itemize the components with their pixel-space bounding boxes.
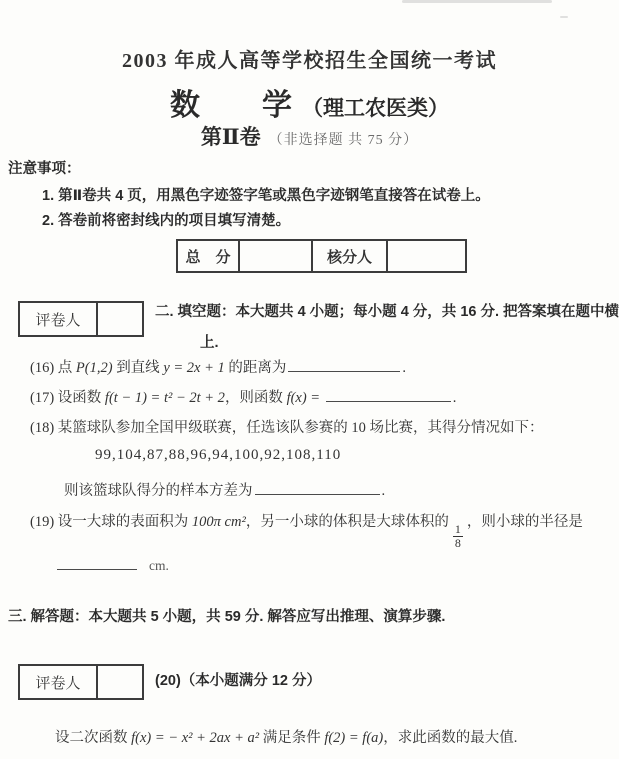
notice-label: 注意事项： bbox=[8, 157, 81, 178]
q16-text: 到直线 bbox=[113, 360, 164, 376]
subject-char-2: 学 bbox=[262, 89, 292, 122]
q17-text: ，则函数 bbox=[225, 390, 287, 406]
question-16: (16) 点 P(1,2) 到直线 y = 2x + 1 的距离为. bbox=[30, 356, 406, 377]
q19-text: (19) 设一大球的表面积为 bbox=[30, 514, 192, 530]
q19-fraction-numerator: 1 bbox=[455, 523, 461, 536]
q16-answer-blank bbox=[288, 358, 400, 372]
grader-box-2: 评卷人 bbox=[18, 664, 144, 700]
score-table-checker-label: 核分人 bbox=[311, 241, 386, 271]
question-18-line1: (18) 某篮球队参加全国甲级联赛，任选该队参赛的 10 场比赛，其得分情况如下… bbox=[30, 416, 544, 437]
q20-text: 满足条件 bbox=[259, 730, 324, 746]
q16-math-line: y = 2x + 1 bbox=[163, 360, 224, 376]
q17-math-eq: f(t − 1) = t² − 2t + 2 bbox=[105, 390, 225, 406]
subject-note: （理工农医类） bbox=[302, 97, 449, 120]
q16-math-point: P(1,2) bbox=[76, 360, 113, 376]
q19-fraction-denominator: 8 bbox=[453, 536, 463, 550]
score-table-total-label: 总 分 bbox=[178, 241, 238, 271]
q19-fraction: 18 bbox=[453, 523, 463, 550]
q17-text: (17) 设函数 bbox=[30, 390, 105, 406]
question-20-heading: (20)（本小题满分 12 分） bbox=[155, 669, 321, 690]
score-table-total-value bbox=[238, 241, 311, 271]
q18-answer-blank bbox=[255, 481, 380, 495]
subject-title: 数学（理工农医类） bbox=[0, 80, 619, 124]
question-20-body: 设二次函数 f(x) = − x² + 2ax + a² 满足条件 f(2) =… bbox=[55, 726, 517, 747]
scan-artifact bbox=[560, 16, 568, 18]
q17-math-fx: f(x) = bbox=[287, 390, 324, 406]
question-18-scores: 99,104,87,88,96,94,100,92,108,110 bbox=[95, 447, 341, 464]
grader-box-1-value bbox=[96, 303, 142, 335]
q20-math-cond: f(2) = f(a) bbox=[324, 730, 383, 746]
section2-heading-line1: 二. 填空题：本大题共 4 小题；每小题 4 分，共 16 分. 把答案填在题中… bbox=[155, 300, 619, 321]
q19-text: ，另一小球的体积是大球体积的 bbox=[246, 514, 449, 530]
grader-box-2-value bbox=[96, 666, 142, 698]
q20-text: ，求此函数的最大值. bbox=[383, 730, 517, 746]
q16-period: . bbox=[402, 360, 406, 376]
scan-artifact bbox=[402, 0, 552, 3]
q19-unit: cm. bbox=[149, 558, 169, 573]
q18-period: . bbox=[382, 483, 386, 499]
volume-label: 第Ⅱ卷 bbox=[201, 125, 261, 149]
section3-heading: 三. 解答题：本大题共 5 小题，共 59 分. 解答应写出推理、演算步骤. bbox=[8, 605, 445, 626]
q17-period: . bbox=[453, 390, 457, 406]
notice-item-1: 1. 第Ⅱ卷共 4 页，用黑色字迹签字笔或黑色字迹钢笔直接答在试卷上。 bbox=[42, 184, 490, 205]
page-title: 2003 年成人高等学校招生全国统一考试 bbox=[0, 44, 619, 73]
notice-item-2: 2. 答卷前将密封线内的项目填写清楚。 bbox=[42, 209, 290, 230]
q16-text: 的距离为 bbox=[225, 360, 287, 376]
q19-answer-blank bbox=[57, 556, 137, 570]
q16-text: (16) 点 bbox=[30, 360, 76, 376]
exam-page: 2003 年成人高等学校招生全国统一考试 数学（理工农医类） 第Ⅱ卷（非选择题 … bbox=[0, 0, 619, 759]
volume-title: 第Ⅱ卷（非选择题 共 75 分） bbox=[0, 121, 619, 151]
grader-box-1: 评卷人 bbox=[18, 301, 144, 337]
section2-heading-line2: 上. bbox=[200, 331, 219, 352]
question-18-line2: 则该篮球队得分的样本方差为. bbox=[64, 479, 385, 500]
q20-math-fx: f(x) = − x² + 2ax + a² bbox=[131, 730, 259, 746]
q19-math-area: 100π cm² bbox=[192, 514, 246, 530]
question-17: (17) 设函数 f(t − 1) = t² − 2t + 2，则函数 f(x)… bbox=[30, 386, 456, 407]
volume-note: （非选择题 共 75 分） bbox=[269, 133, 419, 148]
subject-char-1: 数 bbox=[170, 89, 200, 122]
question-19-answer-line: cm. bbox=[55, 556, 169, 575]
score-table-checker-value bbox=[386, 241, 465, 271]
question-19: (19) 设一大球的表面积为 100π cm²，另一小球的体积是大球体积的18，… bbox=[30, 508, 583, 550]
grader-box-1-label: 评卷人 bbox=[20, 303, 96, 335]
q18-text: 则该篮球队得分的样本方差为 bbox=[64, 483, 253, 499]
q20-text: 设二次函数 bbox=[55, 730, 131, 746]
q19-text: ，则小球的半径是 bbox=[467, 514, 583, 530]
q17-answer-blank bbox=[326, 388, 451, 402]
score-table: 总 分 核分人 bbox=[176, 239, 467, 273]
grader-box-2-label: 评卷人 bbox=[20, 666, 96, 698]
